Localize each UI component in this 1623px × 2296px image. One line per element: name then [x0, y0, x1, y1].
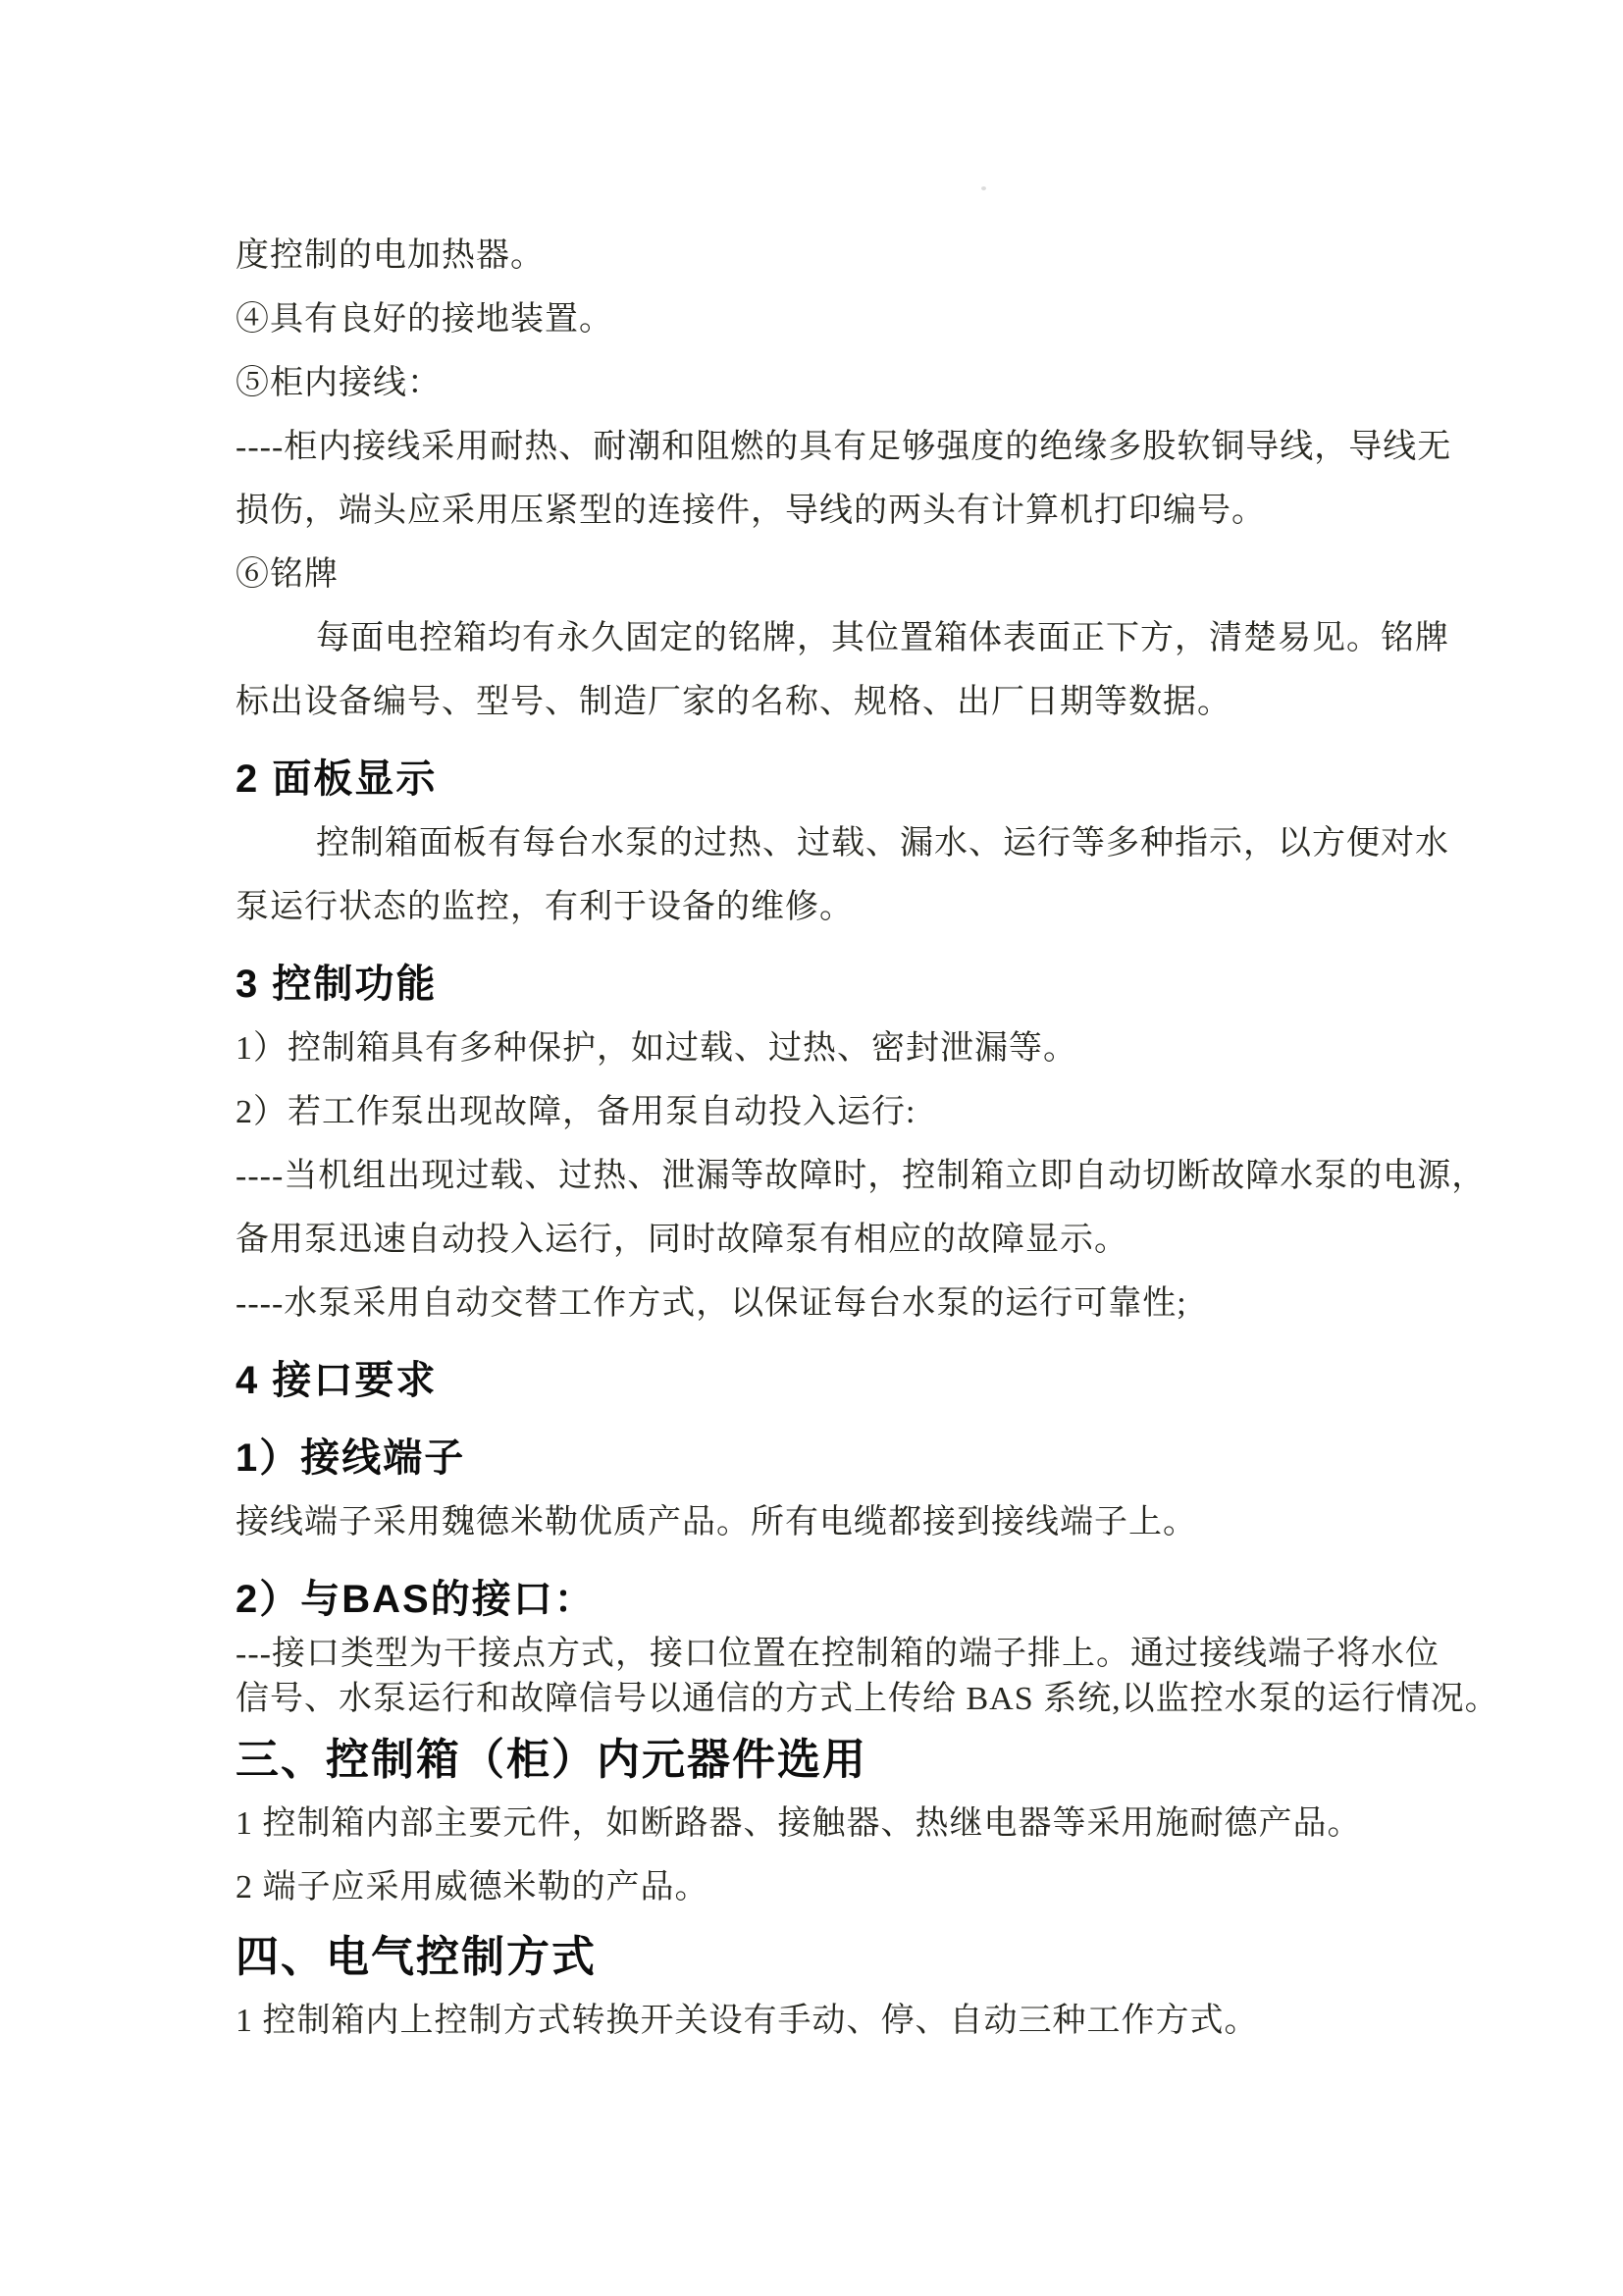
- text-line: ----水泵采用自动交替工作方式，以保证每台水泵的运行可靠性;: [236, 1272, 1442, 1335]
- scan-speck-artifact: [981, 186, 986, 190]
- text-line: 损伤，端头应采用压紧型的连接件，导线的两头有计算机打印编号。: [236, 479, 1442, 543]
- text-line: 2 端子应采用威德米勒的产品。: [236, 1855, 1442, 1919]
- scanned-document-page: 度控制的电加热器。④具有良好的接地装置。⑤柜内接线：----柜内接线采用耐热、耐…: [0, 0, 1623, 2296]
- text-line: ----柜内接线采用耐热、耐潮和阻燃的具有足够强度的绝缘多股软铜导线，导线无: [236, 415, 1442, 479]
- text-line: ----当机组出现过载、过热、泄漏等故障时，控制箱立即自动切断故障水泵的电源，: [236, 1144, 1442, 1208]
- text-line: 每面电控箱均有永久固定的铭牌，其位置箱体表面正下方，清楚易见。铭牌: [236, 606, 1442, 670]
- chapter-heading: 四、电气控制方式: [236, 1925, 1442, 1989]
- section-heading: 4 接口要求: [236, 1349, 1442, 1413]
- text-line: ⑤柜内接线：: [236, 351, 1442, 415]
- text-line: 控制箱面板有每台水泵的过热、过载、漏水、运行等多种指示，以方便对水: [236, 811, 1442, 875]
- text-line: 标出设备编号、型号、制造厂家的名称、规格、出厂日期等数据。: [236, 670, 1442, 734]
- document-content: 度控制的电加热器。④具有良好的接地装置。⑤柜内接线：----柜内接线采用耐热、耐…: [236, 224, 1442, 2053]
- text-line: 备用泵迅速自动投入运行，同时故障泵有相应的故障显示。: [236, 1208, 1442, 1272]
- section-heading: 3 控制功能: [236, 953, 1442, 1017]
- text-line: 1）控制箱具有多种保护，如过载、过热、密封泄漏等。: [236, 1017, 1442, 1080]
- section-heading: 1）接线端子: [236, 1427, 1442, 1490]
- text-line: ---接口类型为干接点方式，接口位置在控制箱的端子排上。通过接线端子将水位: [236, 1632, 1442, 1677]
- text-line: 度控制的电加热器。: [236, 224, 1442, 287]
- section-heading: 2 面板显示: [236, 748, 1442, 811]
- section-heading: 2）与BAS的接口：: [236, 1568, 1442, 1632]
- text-line: 接线端子采用魏德米勒优质产品。所有电缆都接到接线端子上。: [236, 1490, 1442, 1554]
- chapter-heading: 三、控制箱（柜）内元器件选用: [236, 1728, 1442, 1792]
- text-line: 1 控制箱内部主要元件，如断路器、接触器、热继电器等采用施耐德产品。: [236, 1792, 1442, 1855]
- text-line: ⑥铭牌: [236, 543, 1442, 606]
- text-line: 泵运行状态的监控，有利于设备的维修。: [236, 875, 1442, 939]
- text-line: 1 控制箱内上控制方式转换开关设有手动、停、自动三种工作方式。: [236, 1989, 1442, 2053]
- text-line: 2）若工作泵出现故障，备用泵自动投入运行:: [236, 1080, 1442, 1144]
- text-line: 信号、水泵运行和故障信号以通信的方式上传给 BAS 系统,以监控水泵的运行情况。: [236, 1677, 1442, 1722]
- text-line: ④具有良好的接地装置。: [236, 287, 1442, 351]
